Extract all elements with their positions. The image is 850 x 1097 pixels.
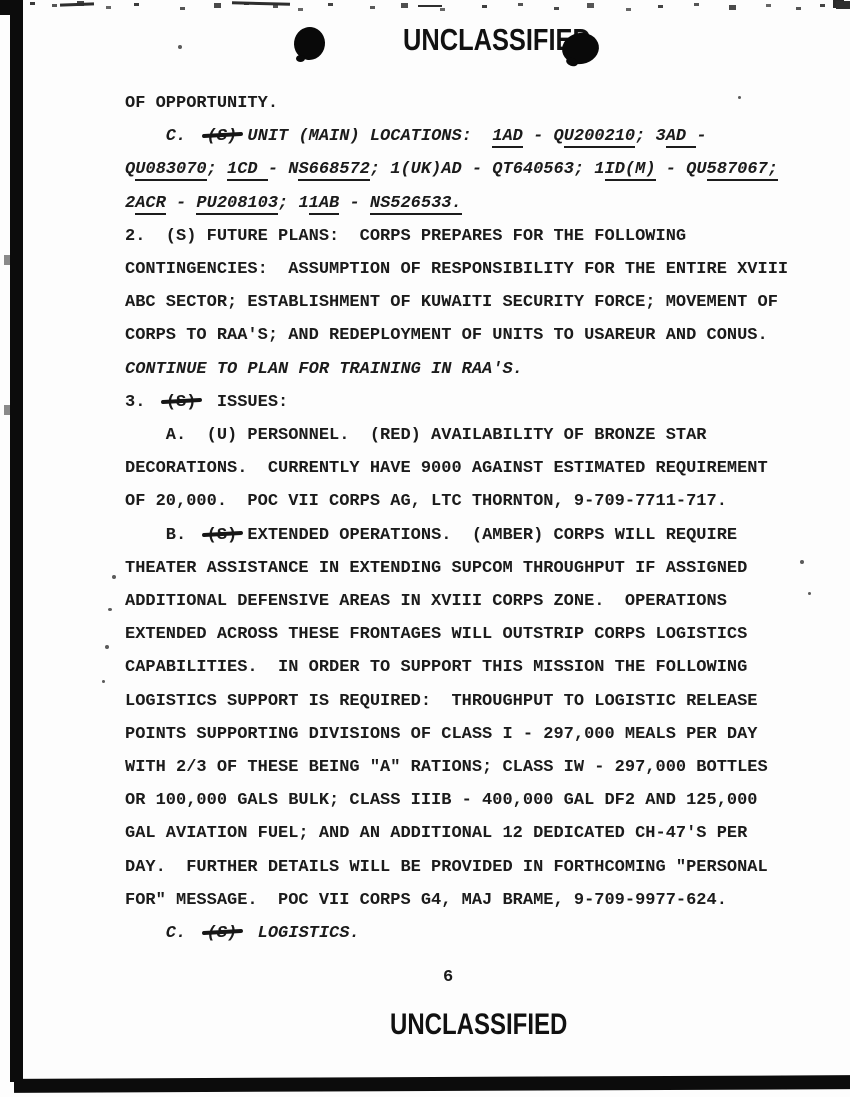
page-number: 6: [443, 968, 453, 987]
underlined-text: 587067;: [707, 160, 778, 181]
document-body: OF OPPORTUNITY. C. (S) UNIT (MAIN) LOCAT…: [125, 87, 805, 950]
document-line: EXTENDED ACROSS THESE FRONTAGES WILL OUT…: [125, 618, 805, 651]
document-line: CAPABILITIES. IN ORDER TO SUPPORT THIS M…: [125, 651, 805, 684]
scan-speck: [60, 2, 94, 6]
scan-speck: [112, 575, 116, 579]
scan-noise-band: [30, 2, 35, 5]
scan-speck: [808, 592, 811, 595]
scan-edge-corner: [0, 0, 10, 15]
struck-classification-marking: (S): [166, 393, 197, 412]
document-line: ADDITIONAL DEFENSIVE AREAS IN XVIII CORP…: [125, 585, 805, 618]
document-line: OF OPPORTUNITY.: [125, 87, 805, 120]
underlined-text: U200210: [564, 127, 635, 148]
document-line: QU083070; 1CD - NS668572; 1(UK)AD - QT64…: [125, 153, 805, 186]
struck-classification-marking: (S): [207, 526, 238, 545]
struck-classification-marking: (S): [207, 127, 238, 146]
underlined-text: S668572: [298, 160, 369, 181]
scan-speck: [418, 5, 442, 7]
document-line: GAL AVIATION FUEL; AND AN ADDITIONAL 12 …: [125, 817, 805, 850]
underlined-text: ID(M): [605, 160, 656, 181]
document-line: OF 20,000. POC VII CORPS AG, LTC THORNTO…: [125, 485, 805, 518]
document-line: WITH 2/3 OF THESE BEING "A" RATIONS; CLA…: [125, 751, 805, 784]
underlined-text: ACR: [135, 194, 166, 215]
scan-speck: [4, 405, 10, 415]
document-line: A. (U) PERSONNEL. (RED) AVAILABILITY OF …: [125, 419, 805, 452]
scan-speck: [178, 45, 182, 49]
underlined-text: AD: [666, 127, 697, 148]
document-line: CORPS TO RAA'S; AND REDEPLOYMENT OF UNIT…: [125, 319, 805, 352]
document-line: B. (S) EXTENDED OPERATIONS. (AMBER) CORP…: [125, 519, 805, 552]
document-line: OR 100,000 GALS BULK; CLASS IIIB - 400,0…: [125, 784, 805, 817]
scanned-document-page: UNCLASSIFIED OF OPPORTUNITY. C. (S) UNIT…: [0, 0, 850, 1097]
scan-speck: [105, 645, 109, 649]
document-line: DAY. FURTHER DETAILS WILL BE PROVIDED IN…: [125, 851, 805, 884]
document-line: 2ACR - PU208103; 11AB - NS526533.: [125, 187, 805, 220]
underlined-text: PU208103: [196, 194, 278, 215]
scan-edge-bar-left: [10, 0, 23, 1082]
document-line: FOR" MESSAGE. POC VII CORPS G4, MAJ BRAM…: [125, 884, 805, 917]
scan-edge-bar-bottom: [14, 1075, 850, 1093]
scan-speck: [102, 680, 105, 683]
ink-blot-left-tail: [296, 55, 305, 62]
underlined-text: U083070: [135, 160, 206, 181]
document-line: DECORATIONS. CURRENTLY HAVE 9000 AGAINST…: [125, 452, 805, 485]
document-line: CONTINUE TO PLAN FOR TRAINING IN RAA'S.: [125, 353, 805, 386]
scan-speck: [108, 608, 112, 611]
document-line: LOGISTICS SUPPORT IS REQUIRED: THROUGHPU…: [125, 685, 805, 718]
scan-speck: [4, 255, 10, 265]
document-line: CONTINGENCIES: ASSUMPTION OF RESPONSIBIL…: [125, 253, 805, 286]
underlined-text: 1AD: [492, 127, 523, 148]
scan-speck: [836, 1, 850, 9]
document-line: C. (S) LOGISTICS.: [125, 917, 805, 950]
document-line: ABC SECTOR; ESTABLISHMENT OF KUWAITI SEC…: [125, 286, 805, 319]
document-line: 2. (S) FUTURE PLANS: CORPS PREPARES FOR …: [125, 220, 805, 253]
document-line: THEATER ASSISTANCE IN EXTENDING SUPCOM T…: [125, 552, 805, 585]
underlined-text: 1AB: [309, 194, 340, 215]
document-line: 3. (S) ISSUES:: [125, 386, 805, 419]
scan-speck: [232, 1, 290, 6]
footer-classification-banner: UNCLASSIFIED: [390, 1010, 567, 1040]
underlined-text: NS526533.: [370, 194, 462, 215]
document-line: C. (S) UNIT (MAIN) LOCATIONS: 1AD - QU20…: [125, 120, 805, 153]
underlined-text: 1CD: [227, 160, 268, 181]
document-line: POINTS SUPPORTING DIVISIONS OF CLASS I -…: [125, 718, 805, 751]
struck-classification-marking: (S): [207, 924, 238, 943]
